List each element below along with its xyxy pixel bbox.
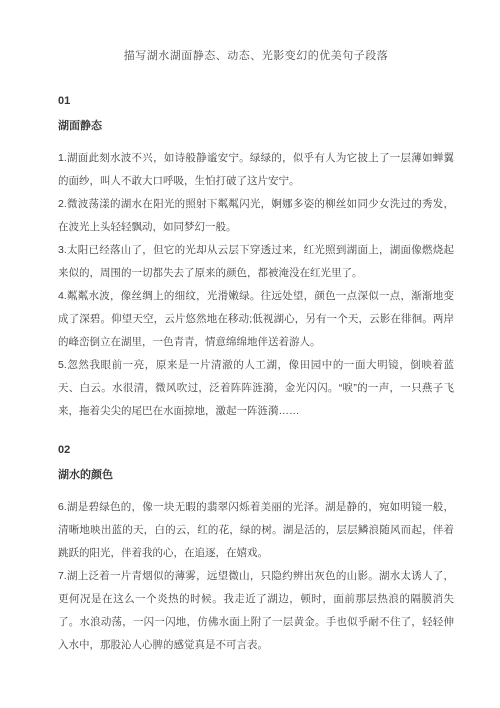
paragraph: 1.湖面此刻水波不兴，如诗般静谧安宁。绿绿的，似乎有人为它披上了一层薄如蝉翼的面… xyxy=(58,147,454,193)
section-01: 01 湖面静态 1.湖面此刻水波不兴，如诗般静谧安宁。绿绿的，似乎有人为它披上了… xyxy=(58,94,454,423)
paragraph: 3.太阳已经落山了，但它的光却从云层下穿透过来，红光照到湖面上，湖面像燃烧起来似… xyxy=(58,239,454,285)
section-02: 02 湖水的颜色 6.湖是碧绿色的，像一块无暇的翡翠闪烁着美丽的光泽。湖是静的，… xyxy=(58,443,454,657)
document-title: 描写湖水湖面静态、动态、光影变幻的优美句子段落 xyxy=(58,48,454,64)
section-heading: 湖水的颜色 xyxy=(58,468,454,482)
section-number: 01 xyxy=(58,94,454,108)
paragraph: 4.粼粼水波，像丝绸上的细纹，光滑嫩绿。往远处望，颜色一点深似一点，渐渐地变成了… xyxy=(58,285,454,354)
section-number: 02 xyxy=(58,443,454,457)
paragraph: 7.湖上泛着一片青烟似的薄雾，远望微山，只隐约辨出灰色的山影。湖水太诱人了，更何… xyxy=(58,565,454,657)
document-page: 描写湖水湖面静态、动态、光影变幻的优美句子段落 01 湖面静态 1.湖面此刻水波… xyxy=(0,0,500,708)
paragraph: 2.微波荡漾的湖水在阳光的照射下粼粼闪光，婀娜多姿的柳丝如同少女洗过的秀发，在波… xyxy=(58,193,454,239)
paragraph: 5.忽然我眼前一亮，原来是一片清澈的人工湖，像田园中的一面大明镜，倒映着蓝天、白… xyxy=(58,354,454,423)
section-paragraphs: 1.湖面此刻水波不兴，如诗般静谧安宁。绿绿的，似乎有人为它披上了一层薄如蝉翼的面… xyxy=(58,147,454,423)
section-paragraphs: 6.湖是碧绿色的，像一块无暇的翡翠闪烁着美丽的光泽。湖是静的，宛如明镜一般，清晰… xyxy=(58,496,454,657)
section-heading: 湖面静态 xyxy=(58,119,454,133)
paragraph: 6.湖是碧绿色的，像一块无暇的翡翠闪烁着美丽的光泽。湖是静的，宛如明镜一般，清晰… xyxy=(58,496,454,565)
